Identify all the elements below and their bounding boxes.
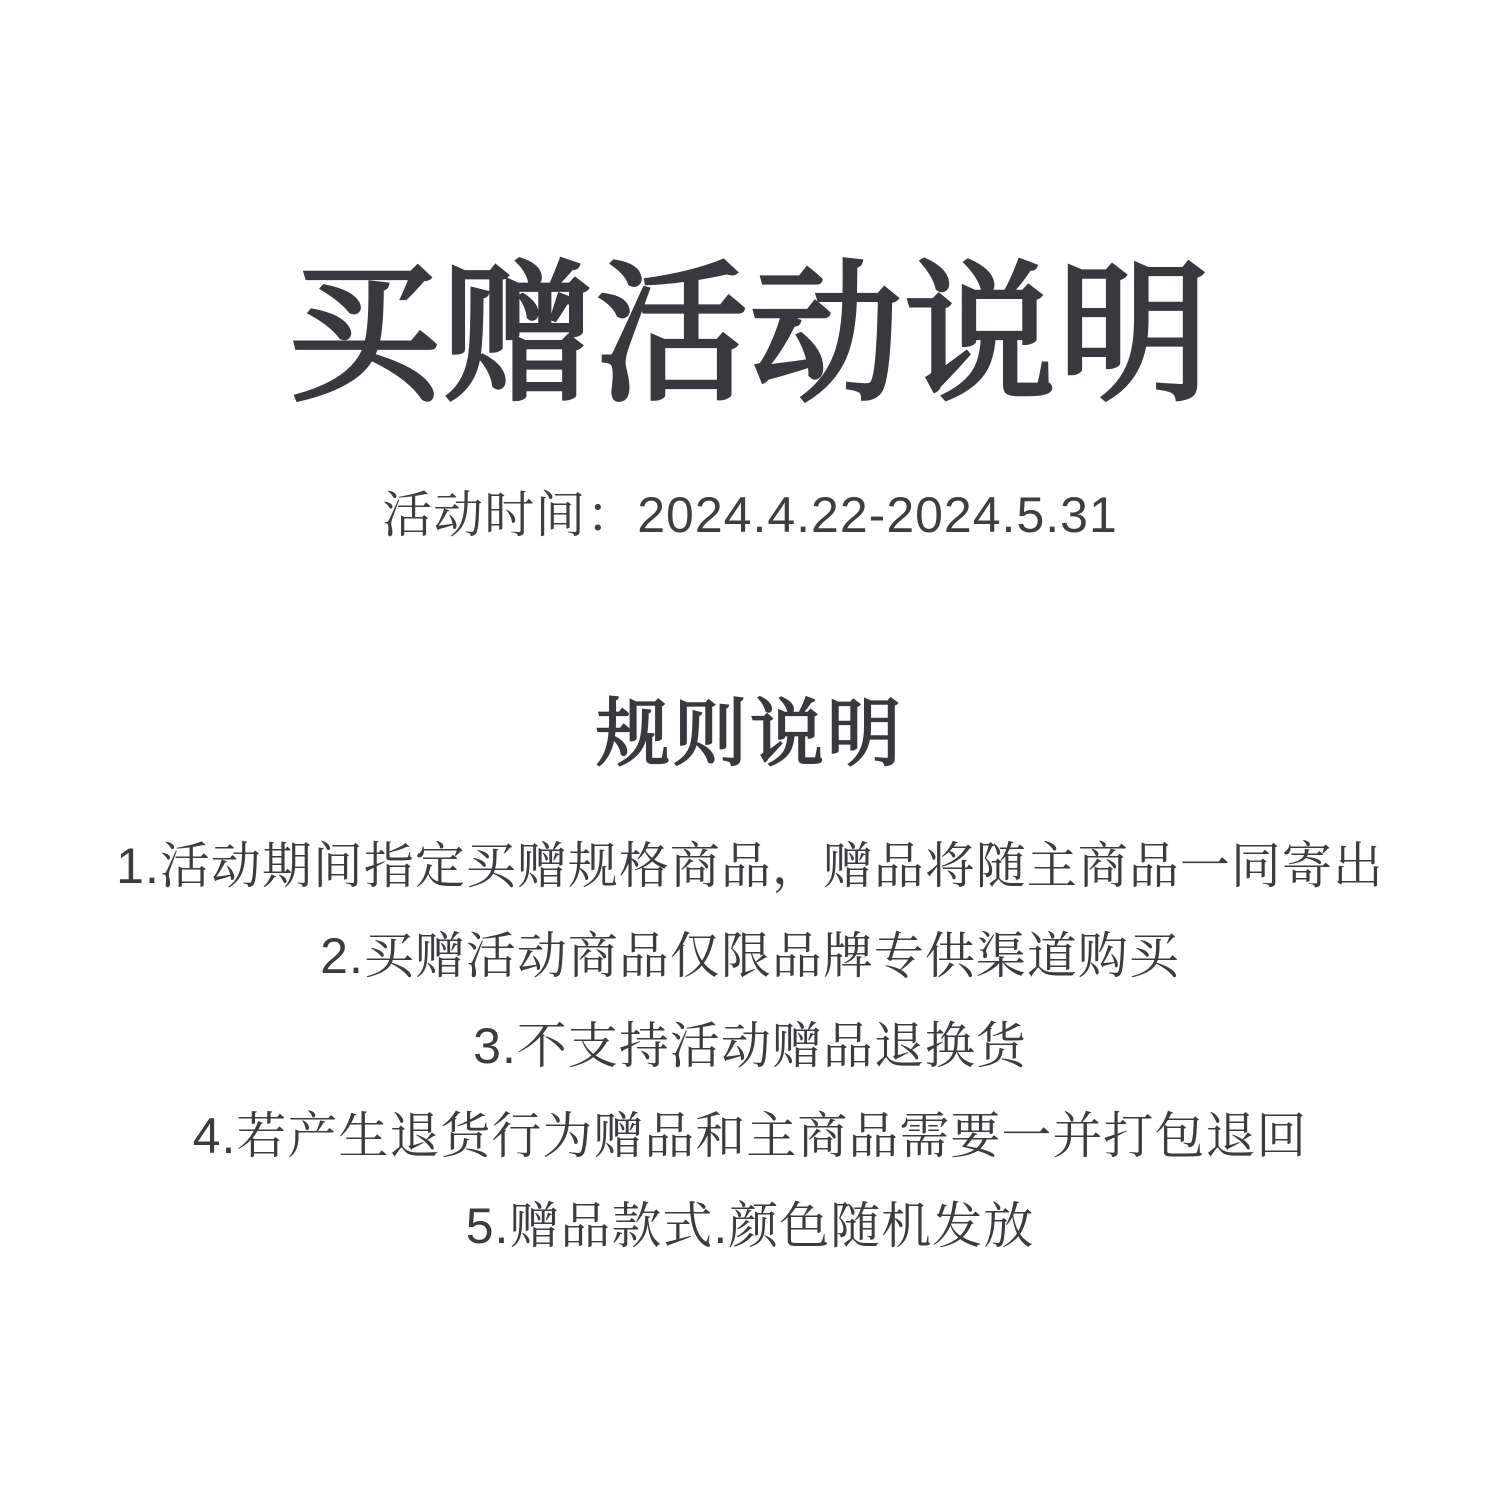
- rule-item-3: 3.不支持活动赠品退换货: [116, 1021, 1384, 1071]
- rule-item-2: 2.买赠活动商品仅限品牌专供渠道购买: [116, 931, 1384, 981]
- rules-heading: 规则说明: [596, 675, 904, 781]
- activity-period-label: 活动时间：: [382, 487, 637, 543]
- activity-period-value: 2024.4.22-2024.5.31: [637, 487, 1118, 543]
- promo-rules-page: 买赠活动说明 活动时间：2024.4.22-2024.5.31 规则说明 1.活…: [0, 0, 1500, 1500]
- activity-period: 活动时间：2024.4.22-2024.5.31: [382, 475, 1118, 547]
- rule-item-4: 4.若产生退货行为赠品和主商品需要一并打包退回: [116, 1111, 1384, 1161]
- page-title: 买赠活动说明: [288, 252, 1212, 419]
- rule-item-5: 5.赠品款式.颜色随机发放: [116, 1201, 1384, 1251]
- rule-item-1: 1.活动期间指定买赠规格商品，赠品将随主商品一同寄出: [116, 841, 1384, 891]
- rules-list: 1.活动期间指定买赠规格商品，赠品将随主商品一同寄出 2.买赠活动商品仅限品牌专…: [116, 841, 1384, 1291]
